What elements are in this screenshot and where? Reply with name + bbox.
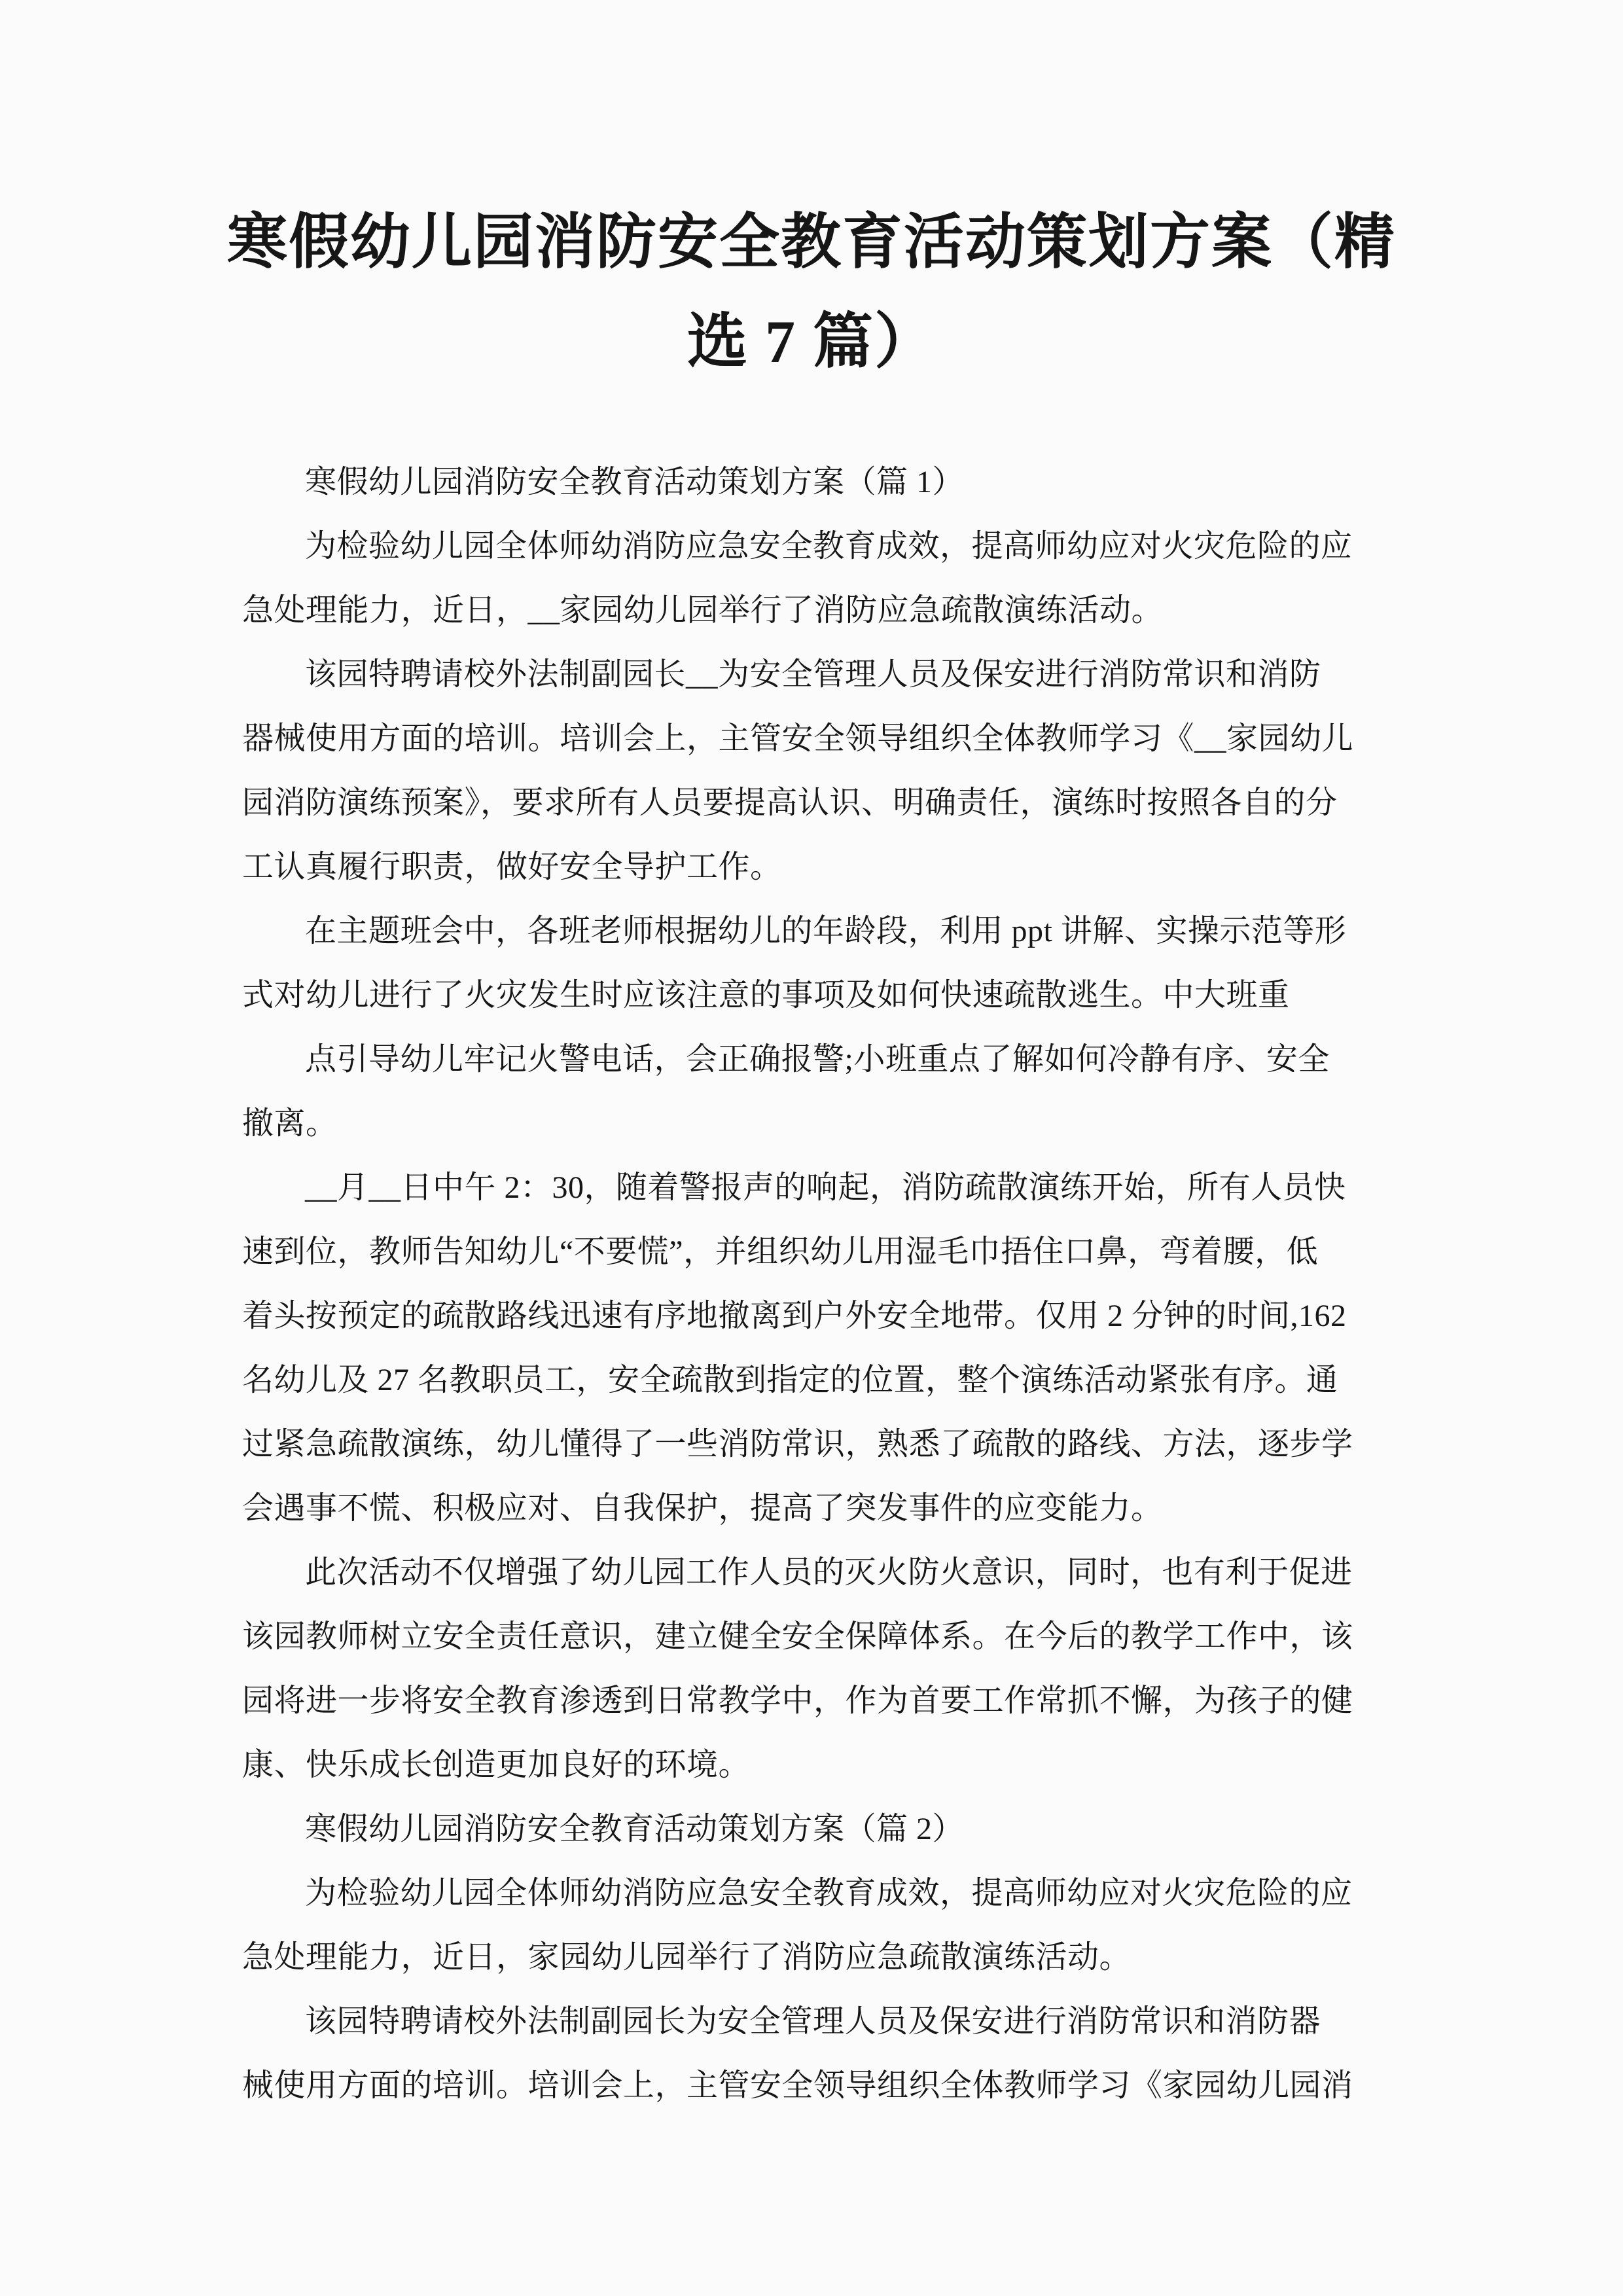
text-line: 器械使用方面的培训。培训会上，主管安全领导组织全体教师学习《__家园幼儿 — [242, 707, 1414, 771]
text-line: 为检验幼儿园全体师幼消防应急安全教育成效，提高师幼应对火灾危险的应 — [242, 514, 1414, 579]
text-line: 园消防演练预案》，要求所有人员要提高认识、明确责任，演练时按照各自的分 — [242, 771, 1414, 835]
text-line: 寒假幼儿园消防安全教育活动策划方案（篇 1） — [242, 450, 1414, 514]
text-line: 该园特聘请校外法制副园长__为安全管理人员及保安进行消防常识和消防 — [242, 643, 1414, 707]
text-line: 为检验幼儿园全体师幼消防应急安全教育成效，提高师幼应对火灾危险的应 — [242, 1861, 1414, 1926]
text-line: 急处理能力，近日，家园幼儿园举行了消防应急疏散演练活动。 — [242, 1926, 1414, 1990]
text-line: 械使用方面的培训。培训会上，主管安全领导组织全体教师学习《家园幼儿园消 — [242, 2054, 1414, 2118]
text-line: 在主题班会中，各班老师根据幼儿的年龄段，利用 ppt 讲解、实操示范等形 — [242, 899, 1414, 963]
document-body: 寒假幼儿园消防安全教育活动策划方案（篇 1）为检验幼儿园全体师幼消防应急安全教育… — [242, 450, 1414, 2118]
text-line: __月__日中午 2：30，随着警报声的响起，消防疏散演练开始，所有人员快 — [242, 1156, 1414, 1220]
text-line: 速到位，教师告知幼儿“不要慌”，并组织幼儿用湿毛巾捂住口鼻，弯着腰，低 — [242, 1220, 1414, 1284]
text-line: 寒假幼儿园消防安全教育活动策划方案（篇 2） — [242, 1797, 1414, 1861]
text-line: 园将进一步将安全教育渗透到日常教学中，作为首要工作常抓不懈，为孩子的健 — [242, 1669, 1414, 1733]
document-page: 寒假幼儿园消防安全教育活动策划方案（精 选 7 篇） 寒假幼儿园消防安全教育活动… — [0, 0, 1623, 2296]
text-line: 着头按预定的疏散路线迅速有序地撤离到户外安全地带。仅用 2 分钟的时间,162 — [242, 1284, 1414, 1348]
title-line-1: 寒假幼儿园消防安全教育活动策划方案（精 — [0, 192, 1623, 292]
page-title: 寒假幼儿园消防安全教育活动策划方案（精 选 7 篇） — [0, 192, 1623, 391]
text-line: 该园教师树立安全责任意识，建立健全安全保障体系。在今后的教学工作中，该 — [242, 1605, 1414, 1669]
text-line: 康、快乐成长创造更加良好的环境。 — [242, 1733, 1414, 1797]
text-line: 撤离。 — [242, 1092, 1414, 1156]
text-line: 名幼儿及 27 名教职员工，安全疏散到指定的位置，整个演练活动紧张有序。通 — [242, 1348, 1414, 1412]
text-line: 急处理能力，近日，__家园幼儿园举行了消防应急疏散演练活动。 — [242, 579, 1414, 643]
text-line: 工认真履行职责，做好安全导护工作。 — [242, 835, 1414, 899]
text-line: 点引导幼儿牢记火警电话，会正确报警;小班重点了解如何冷静有序、安全 — [242, 1028, 1414, 1092]
text-line: 式对幼儿进行了火灾发生时应该注意的事项及如何快速疏散逃生。中大班重 — [242, 963, 1414, 1028]
text-line: 此次活动不仅增强了幼儿园工作人员的灭火防火意识，同时，也有利于促进 — [242, 1541, 1414, 1605]
text-line: 该园特聘请校外法制副园长为安全管理人员及保安进行消防常识和消防器 — [242, 1990, 1414, 2054]
text-line: 过紧急疏散演练，幼儿懂得了一些消防常识，熟悉了疏散的路线、方法，逐步学 — [242, 1412, 1414, 1477]
text-line: 会遇事不慌、积极应对、自我保护，提高了突发事件的应变能力。 — [242, 1477, 1414, 1541]
title-line-2: 选 7 篇） — [0, 292, 1623, 391]
